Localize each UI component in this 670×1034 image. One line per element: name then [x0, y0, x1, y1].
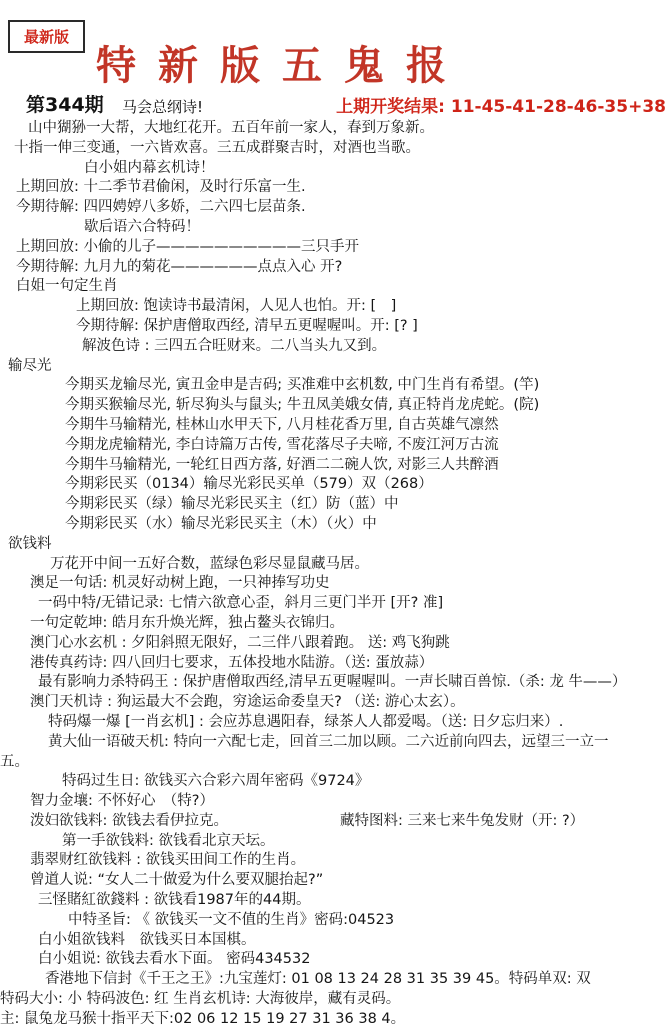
text-line: 白小姐说: 欲钱去看水下面。 密码434532: [0, 950, 670, 970]
text-line-content: 输尽光: [0, 358, 52, 374]
text-line: 泼妇欲钱料: 欲钱去看伊拉克。藏特图料: 三来七来牛兔发财（开: ?）: [0, 812, 670, 832]
text-line-second-column: 藏特图料: 三来七来牛兔发财（开: ?）: [340, 812, 584, 832]
text-line: 特码过生日: 欲钱买六合彩六周年密码《9724》: [0, 772, 670, 792]
text-line-content: 最有影响力杀特码王 : 保护唐僧取西经,清早五更喔喔叫。一声长啸百兽惊.（杀: …: [0, 674, 626, 690]
subtitle: 马会总纲诗!: [122, 96, 203, 117]
text-line: 今期待解: 保护唐僧取西经, 清早五更喔喔叫。开: [? ]: [0, 317, 670, 337]
text-line: 今期待解: 九月九的菊花——————点点入心 开?: [0, 258, 670, 278]
text-line-content: 今期彩民买（0134）输尽光彩民买单（579）双（268）: [0, 476, 433, 492]
text-line-content: 一码中特/无错记录: 七情六欲意心歪，斜月三更门半开 [开? 准]: [0, 595, 443, 611]
text-line-content: 香港地下信封《千王之王》:九宝莲灯: 01 08 13 24 28 31 35 …: [0, 971, 591, 987]
text-line: 澳门心水玄机 : 夕阳斜照无限好，二三伴八跟着跑。 送: 鸡飞狗跳: [0, 634, 670, 654]
text-line-content: 黄大仙一语破天机: 特向一六配七走，回首三二加以顾。二六近前向四去，远望三一立一: [0, 734, 609, 750]
text-line: 今期彩民买（水）输尽光彩民买主（木）（火）中: [0, 515, 670, 535]
text-line-content: 今期待解: 九月九的菊花——————点点入心 开?: [0, 259, 342, 275]
text-line: 上期回放: 小偷的儿子——————————三只手开: [0, 238, 670, 258]
page-title: 特新版五鬼报: [96, 34, 468, 91]
text-line: 今期龙虎输精光, 李白诗篇万古传, 雪花落尽子夫啼, 不废江河万古流: [0, 436, 670, 456]
latest-edition-badge: 最新版: [8, 20, 85, 53]
text-line-content: 万花开中间一五好合数，蓝绿色彩尽显鼠藏马居。: [0, 556, 369, 572]
text-line-content: 泼妇欲钱料: 欲钱去看伊拉克。: [0, 813, 228, 829]
text-line-content: 五。: [0, 754, 29, 770]
text-line: 香港地下信封《千王之王》:九宝莲灯: 01 08 13 24 28 31 35 …: [0, 970, 670, 990]
text-line-content: 白小姐说: 欲钱去看水下面。 密码434532: [0, 951, 310, 967]
tabloid-sheet: 最新版 特新版五鬼报 第344期 马会总纲诗! 上期开奖结果: 11-45-41…: [0, 0, 670, 1034]
text-line: 歇后语六合特码！: [0, 218, 670, 238]
text-line-content: 今期买龙输尽光, 寅丑金申是吉码; 买准难中玄机数, 中门生肖有希望。(竿): [0, 377, 539, 393]
text-line: 十指一伸三变通，一六皆欢喜。三五成群聚吉时，对酒也当歌。: [0, 139, 670, 159]
text-line: 智力金壤: 不怀好心 （特?）: [0, 792, 670, 812]
text-line: 五。: [0, 753, 670, 773]
text-line-content: 欲钱料: [0, 536, 52, 552]
header: 最新版 特新版五鬼报 第344期 马会总纲诗! 上期开奖结果: 11-45-41…: [0, 0, 670, 118]
text-line-content: 上期回放: 十二季节君偷闲，及时行乐富一生.: [0, 179, 306, 195]
text-line-content: 三怪賭紅欲錢料 : 欲钱看1987年的44期。: [0, 892, 310, 908]
text-line-content: 今期龙虎输精光, 李白诗篇万古传, 雪花落尽子夫啼, 不废江河万古流: [0, 437, 499, 453]
text-line: 上期回放: 十二季节君偷闲，及时行乐富一生.: [0, 178, 670, 198]
text-line-content: 白小姐欲钱料 欲钱买日本国棋。: [0, 932, 256, 948]
text-line-content: 今期待解: 保护唐僧取西经, 清早五更喔喔叫。开: [? ]: [0, 318, 418, 334]
text-line: 一句定乾坤: 皓月东升焕光辉，独占鳌头衣锦归。: [0, 614, 670, 634]
text-line-content: 特码过生日: 欲钱买六合彩六周年密码《9724》: [0, 773, 369, 789]
text-line: 一码中特/无错记录: 七情六欲意心歪，斜月三更门半开 [开? 准]: [0, 594, 670, 614]
text-line: 欲钱料: [0, 535, 670, 555]
text-line: 第一手欲钱料: 欲钱看北京天坛。: [0, 832, 670, 852]
body-lines: 山中猢狲一大帮，大地红花开。五百年前一家人，春到万象新。十指一伸三变通，一六皆欢…: [0, 119, 670, 1030]
text-line: 今期牛马输精光, 桂林山水甲天下, 八月桂花香万里, 自古英雄气凛然: [0, 416, 670, 436]
text-line-content: 翡翠财红欲钱料 : 欲钱买田间工作的生肖。: [0, 852, 305, 868]
text-line: 最有影响力杀特码王 : 保护唐僧取西经,清早五更喔喔叫。一声长啸百兽惊.（杀: …: [0, 673, 670, 693]
text-line: 黄大仙一语破天机: 特向一六配七走，回首三二加以顾。二六近前向四去，远望三一立一: [0, 733, 670, 753]
text-line-content: 澳门心水玄机 : 夕阳斜照无限好，二三伴八跟着跑。 送: 鸡飞狗跳: [0, 635, 450, 651]
text-line: 港传真药诗: 四八回归七要求，五体投地水陆游。（送: 蛋放蒜）: [0, 654, 670, 674]
text-line-content: 港传真药诗: 四八回归七要求，五体投地水陆游。（送: 蛋放蒜）: [0, 655, 433, 671]
text-line: 今期彩民买（绿）输尽光彩民买主（红）防（蓝）中: [0, 495, 670, 515]
text-line-content: 山中猢狲一大帮，大地红花开。五百年前一家人，春到万象新。: [0, 120, 434, 136]
text-line-content: 第一手欲钱料: 欲钱看北京天坛。: [0, 833, 275, 849]
text-line: 澳门天机诗 : 狗运最大不会跑，穷途运命委皇天? （送: 游心太玄）。: [0, 693, 670, 713]
text-line-content: 今期买猴输尽光, 斩尽狗头与鼠头; 牛丑凤美娥女倩, 真正特肖龙虎蛇。(院): [0, 397, 539, 413]
text-line-content: 主: 鼠兔龙马猴十指平天下:02 06 12 15 19 27 31 36 38…: [0, 1011, 405, 1027]
text-line-content: 白姐一句定生肖: [0, 278, 118, 294]
text-line: 澳足一句话: 机灵好动树上跑，一只神捧写功史: [0, 574, 670, 594]
text-line-content: 澳门天机诗 : 狗运最大不会跑，穷途运命委皇天? （送: 游心太玄）。: [0, 694, 465, 710]
text-line: 山中猢狲一大帮，大地红花开。五百年前一家人，春到万象新。: [0, 119, 670, 139]
text-line: 今期彩民买（0134）输尽光彩民买单（579）双（268）: [0, 475, 670, 495]
text-line: 曾道人说: “女人二十做爱为什么要双腿抬起?”: [0, 871, 670, 891]
text-line: 上期回放: 饱读诗书最清闲，人见人也怕。开: [ ]: [0, 297, 670, 317]
text-line: 今期牛马输精光, 一轮红日西方落, 好酒二二碗人饮, 对影三人共醉酒: [0, 456, 670, 476]
text-line-content: 今期彩民买（水）输尽光彩民买主（木）（火）中: [0, 516, 377, 532]
text-line: 解波色诗 : 三四五合旺财来。二八当头九又到。: [0, 337, 670, 357]
text-line-content: 上期回放: 饱读诗书最清闲，人见人也怕。开: [ ]: [0, 298, 396, 314]
last-draw-result: 上期开奖结果: 11-45-41-28-46-35+38: [336, 92, 666, 117]
text-line: 白小姐欲钱料 欲钱买日本国棋。: [0, 931, 670, 951]
text-line-content: 解波色诗 : 三四五合旺财来。二八当头九又到。: [0, 338, 386, 354]
text-line: 翡翠财红欲钱料 : 欲钱买田间工作的生肖。: [0, 851, 670, 871]
text-line-content: 智力金壤: 不怀好心 （特?）: [0, 793, 214, 809]
text-line-content: 今期牛马输精光, 一轮红日西方落, 好酒二二碗人饮, 对影三人共醉酒: [0, 457, 499, 473]
text-line: 三怪賭紅欲錢料 : 欲钱看1987年的44期。: [0, 891, 670, 911]
text-line-content: 十指一伸三变通，一六皆欢喜。三五成群聚吉时，对酒也当歌。: [0, 140, 420, 156]
text-line: 中特圣旨: 《 欲钱买一文不值的生肖》密码:04523: [0, 911, 670, 931]
text-line: 特码大小: 小 特码波色: 红 生肖玄机诗: 大海彼岸，藏有灵码。: [0, 990, 670, 1010]
text-line: 今期待解: 四四娉婷八多娇，二六四七层苗条.: [0, 198, 670, 218]
text-line: 白姐一句定生肖: [0, 277, 670, 297]
text-line: 白小姐内幕玄机诗！: [0, 159, 670, 179]
text-line-content: 特码大小: 小 特码波色: 红 生肖玄机诗: 大海彼岸，藏有灵码。: [0, 991, 400, 1007]
text-line-content: 中特圣旨: 《 欲钱买一文不值的生肖》密码:04523: [0, 912, 394, 928]
issue-number: 第344期: [26, 90, 104, 117]
text-line-content: 澳足一句话: 机灵好动树上跑，一只神捧写功史: [0, 575, 330, 591]
text-line-content: 白小姐内幕玄机诗！: [0, 160, 215, 176]
text-line-content: 今期牛马输精光, 桂林山水甲天下, 八月桂花香万里, 自古英雄气凛然: [0, 417, 499, 433]
text-line-content: 今期彩民买（绿）输尽光彩民买主（红）防（蓝）中: [0, 496, 399, 512]
text-line: 输尽光: [0, 357, 670, 377]
text-line-content: 曾道人说: “女人二十做爱为什么要双腿抬起?”: [0, 872, 323, 888]
text-line: 特码爆一爆 [一肖玄机] : 会应苏息遇阳春，绿茶人人都爱喝。（送: 日夕忘归来…: [0, 713, 670, 733]
text-line: 今期买龙输尽光, 寅丑金申是吉码; 买准难中玄机数, 中门生肖有希望。(竿): [0, 376, 670, 396]
text-line: 今期买猴输尽光, 斩尽狗头与鼠头; 牛丑凤美娥女倩, 真正特肖龙虎蛇。(院): [0, 396, 670, 416]
text-line-content: 特码爆一爆 [一肖玄机] : 会应苏息遇阳春，绿茶人人都爱喝。（送: 日夕忘归来…: [0, 714, 563, 730]
text-line: 主: 鼠兔龙马猴十指平天下:02 06 12 15 19 27 31 36 38…: [0, 1010, 670, 1030]
text-line-content: 上期回放: 小偷的儿子——————————三只手开: [0, 239, 359, 255]
text-line: 万花开中间一五好合数，蓝绿色彩尽显鼠藏马居。: [0, 555, 670, 575]
text-line-content: 一句定乾坤: 皓月东升焕光辉，独占鳌头衣锦归。: [0, 615, 344, 631]
text-line-content: 歇后语六合特码！: [0, 219, 200, 235]
text-line-content: 今期待解: 四四娉婷八多娇，二六四七层苗条.: [0, 199, 306, 215]
